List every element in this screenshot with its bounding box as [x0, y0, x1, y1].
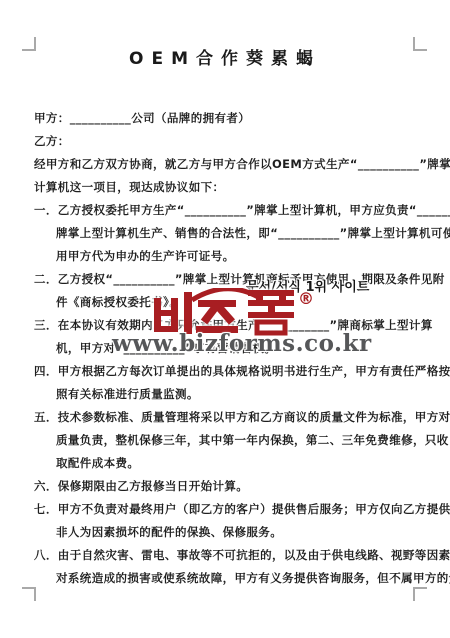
document-line: 计算机这一项目，现达成协议如下：: [0, 176, 450, 199]
document-page: OEM合作葵累蝎 甲方：__________公司（品牌的拥有者） 乙方： 经甲方…: [0, 0, 450, 638]
document-line: 六．保修期限由乙方报修当日开始计算。: [0, 475, 450, 498]
document-line: 对系统造成的损害或使系统故障，甲方有义务提供咨询服务，但不属甲方的免费保修范围。: [0, 567, 450, 590]
document-line: 照有关标准进行质量监测。: [0, 383, 450, 406]
document-line: 非人为因素损坏的配件的保换、保修服务。: [0, 521, 450, 544]
document-line: 七．甲方不负责对最终用户（即乙方的客户）提供售后服务；甲方仅向乙方提供: [0, 498, 450, 521]
watermark-url: www.bizforms.co.kr: [112, 330, 372, 357]
document-line: 用甲方代为申办的生产许可证号。: [0, 245, 450, 268]
document-line: 五．技术参数标准、质量管理将采以甲方和乙方商议的质量文件为标准，甲方对: [0, 406, 450, 429]
document-title: OEM合作葵累蝎: [0, 44, 450, 69]
document-line: 经甲方和乙方双方协商，就乙方与甲方合作以OEM方式生产“__________”牌…: [0, 153, 450, 176]
document-line: 甲方：__________公司（品牌的拥有者）: [0, 107, 450, 130]
document-line: 四．甲方根据乙方每次订单提出的具体规格说明书进行生产，甲方有责任严格按: [0, 360, 450, 383]
registered-trademark-icon: ®: [298, 289, 314, 308]
document-line: 牌掌上型计算机生产、销售的合法性，即“__________”牌掌上型计算机可使: [0, 222, 450, 245]
document-line: 乙方：: [0, 130, 450, 153]
document-line: 一．乙方授权委托甲方生产“__________”牌掌上型计算机，甲方应负责“__…: [0, 199, 450, 222]
document-line: 取配件成本费。: [0, 452, 450, 475]
document-line: 八．由于自然灾害、雷电、事故等不可抗拒的，以及由于供电线路、视野等因素: [0, 544, 450, 567]
document-line: 质量负责，整机保修三年，其中第一年内保换，第二、三年免费维修，只收: [0, 429, 450, 452]
